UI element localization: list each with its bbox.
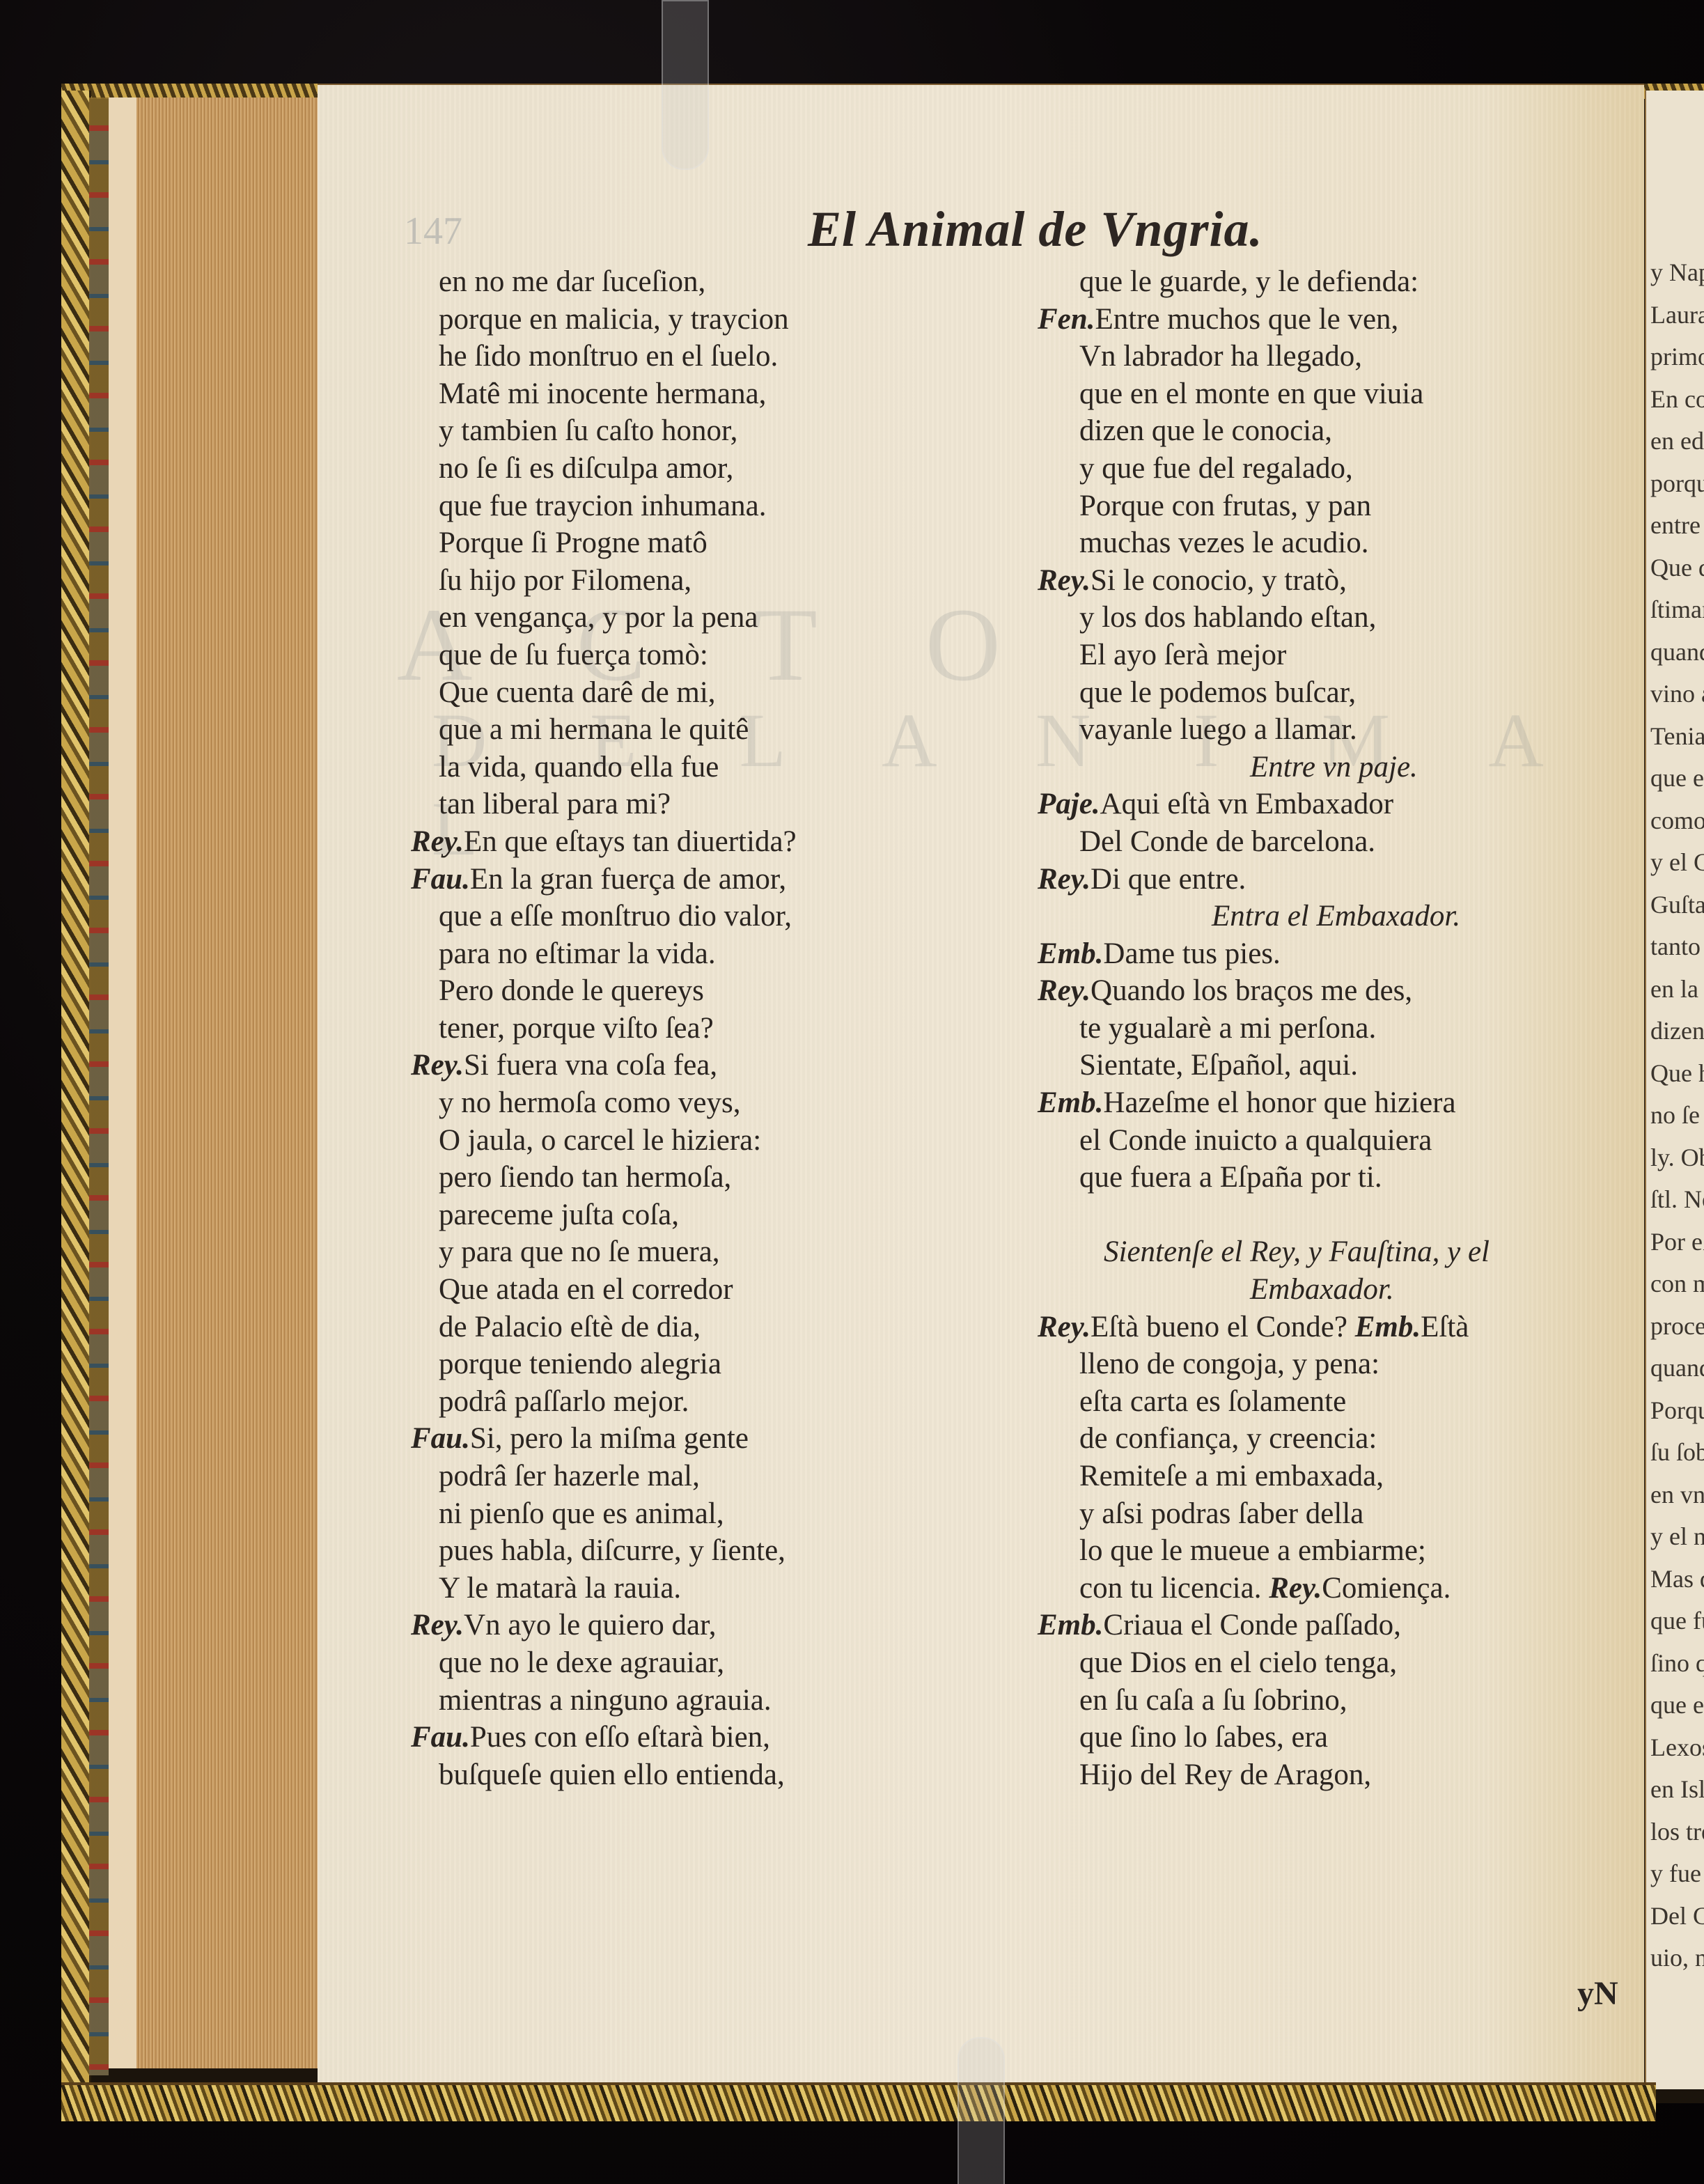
- verse-text: Vn ayo le quiero dar,: [464, 1609, 716, 1641]
- verse-line: que le guarde, y le defienda:: [1038, 263, 1629, 301]
- verse-text: Aqui eſtà vn Embaxador: [1100, 788, 1394, 820]
- verse-line: dizen que le conocia,: [1038, 412, 1629, 450]
- verse-text: pero ſiendo tan hermoſa,: [439, 1161, 731, 1194]
- verse-text: O jaula, o carcel le hiziera:: [439, 1124, 761, 1157]
- verse-text: Matê mi inocente hermana,: [439, 377, 766, 410]
- verse-text: lleno de congoja, y pena:: [1079, 1348, 1379, 1380]
- verse-line: para no eſtimar la vida.: [411, 935, 982, 973]
- verse-text: dizen que le conocia,: [1079, 414, 1332, 447]
- verse-text: Eſtà bueno el Conde?: [1091, 1311, 1347, 1343]
- speaker-label: Emb.: [1038, 1609, 1103, 1641]
- verse-line: Pero donde le quereys: [411, 972, 982, 1010]
- speaker-label: Fau.: [411, 1721, 470, 1754]
- verse-line: lleno de congoja, y pena:: [1038, 1345, 1629, 1383]
- speech-line: Rey.Di que entre.: [1038, 861, 1629, 898]
- verse-text: Porque con frutas, y pan: [1079, 490, 1371, 522]
- verse-line: mientras a ninguno agrauia.: [411, 1682, 982, 1719]
- speaker-label: Fen.: [1038, 303, 1095, 336]
- speaker-label: Emb.: [1038, 1086, 1103, 1119]
- verse-line: que le podemos buſcar,: [1038, 674, 1629, 712]
- verse-line: de confiança, y creencia:: [1038, 1420, 1629, 1458]
- verse-text: Dame tus pies.: [1103, 937, 1280, 970]
- verse-text: que a mi hermana le quitê: [439, 713, 749, 746]
- running-head: El Animal de Vngria.: [808, 201, 1263, 258]
- facing-page-line: uio, ni la: [1650, 1943, 1704, 1972]
- catchword: yN: [1577, 1974, 1618, 2013]
- verse-line: podrâ ſer hazerle mal,: [411, 1458, 982, 1495]
- facing-page-line: Guſtaua de: [1650, 890, 1704, 919]
- facing-page-line: con menos: [1650, 1269, 1704, 1298]
- verse-text: ſu hijo por Filomena,: [439, 564, 691, 597]
- verse-line: y los dos hablando eſtan,: [1038, 599, 1629, 637]
- verse-line: tener, porque viſto ſea?: [411, 1010, 982, 1047]
- verse-text: que le guarde, y le defienda:: [1079, 265, 1418, 298]
- verse-text: El ayo ſerà mejor: [1079, 639, 1286, 671]
- verse-line: Hijo del Rey de Aragon,: [1038, 1756, 1629, 1794]
- verse-line: que en el monte en que viuia: [1038, 375, 1629, 413]
- verse-text: que fue traycion inhumana.: [439, 490, 766, 522]
- verse-text: que Dios en el cielo tenga,: [1079, 1646, 1397, 1679]
- facing-page-line: no ſe ſentau: [1650, 1100, 1704, 1130]
- stage-direction: Entra el Embaxador.: [1038, 898, 1629, 935]
- verse-line: Vn labrador ha llegado,: [1038, 338, 1629, 375]
- verse-line: que Dios en el cielo tenga,: [1038, 1644, 1629, 1682]
- facing-page-line: y el niño a: [1650, 1522, 1704, 1551]
- facing-page-line: Lexos de: [1650, 1733, 1704, 1762]
- verse-text: pues habla, diſcurre, y ſiente,: [439, 1534, 785, 1567]
- verse-text: Vn labrador ha llegado,: [1079, 340, 1362, 373]
- speaker-label: Paje.: [1038, 788, 1100, 820]
- speaker-label: Rey.: [1038, 564, 1091, 597]
- verse-text: porque teniendo alegria: [439, 1348, 721, 1380]
- verse-line: Que atada en el corredor: [411, 1271, 982, 1309]
- verse-text: Si fuera vna coſa fea,: [464, 1049, 717, 1082]
- facing-page-line: ly. Obligaua: [1650, 1143, 1704, 1172]
- facing-page-line: tanto que fi: [1650, 932, 1704, 961]
- verse-text: podrâ paſſarlo mejor.: [439, 1385, 689, 1418]
- verse-text: que no le dexe agrauiar,: [439, 1646, 724, 1679]
- speech-line: Fau.Si, pero la miſma gente: [411, 1420, 982, 1458]
- facing-page-line: procediera: [1650, 1311, 1704, 1341]
- verse-text: para no eſtimar la vida.: [439, 937, 716, 970]
- facing-page-line: y fue tant: [1650, 1859, 1704, 1888]
- facing-page-line: Que de ſecre: [1650, 553, 1704, 582]
- speech-line: Rey.Vn ayo le quiero dar,: [411, 1607, 982, 1644]
- facing-page-line: Que haſta q: [1650, 1059, 1704, 1088]
- facing-page-line: que en vn: [1650, 1690, 1704, 1719]
- flyleaf-edge: [109, 97, 136, 2068]
- facing-page-line: en Isla, mo: [1650, 1774, 1704, 1804]
- verse-line: el Conde inuicto a qualquiera: [1038, 1122, 1629, 1160]
- verse-text: Porque ſi Progne matô: [439, 526, 708, 559]
- verse-line: que fuera a Eſpaña por ti.: [1038, 1159, 1629, 1196]
- speaker-label: Rey.: [1038, 1311, 1091, 1343]
- facing-page-line: los tres lo: [1650, 1817, 1704, 1846]
- verse-text: te ygualarè a mi perſona.: [1079, 1012, 1376, 1045]
- speaker-label: Emb.: [1347, 1311, 1421, 1343]
- stage-direction: Sientenſe el Rey, y Fauſtina, y el: [1038, 1233, 1629, 1271]
- facing-page-line: y Napoles,: [1650, 258, 1704, 287]
- verse-text: En la gran fuerça de amor,: [470, 863, 786, 896]
- verse-text: mientras a ninguno agrauia.: [439, 1684, 772, 1717]
- speaker-label: Rey.: [1038, 974, 1091, 1007]
- facing-page-line: quando el C: [1650, 637, 1704, 666]
- verse-text: y aſsi podras ſaber della: [1079, 1497, 1363, 1530]
- verse-line: porque teniendo alegria: [411, 1345, 982, 1383]
- facing-page-line: dizen, y es: [1650, 1016, 1704, 1045]
- verse-text: Pues con eſſo eſtarà bien,: [470, 1721, 770, 1754]
- verse-line: Matê mi inocente hermana,: [411, 375, 982, 413]
- speech-line: Rey.Si le conocio, y tratò,: [1038, 562, 1629, 600]
- verse-text: con tu licencia.: [1079, 1572, 1261, 1605]
- stage-direction: Entre vn paje.: [1038, 749, 1629, 786]
- verse-line: Y le matarà la rauia.: [411, 1570, 982, 1607]
- speech-line: Fau.En la gran fuerça de amor,: [411, 861, 982, 898]
- verse-line: pues habla, diſcurre, y ſiente,: [411, 1532, 982, 1570]
- verse-text: Hazeſme el honor que hiziera: [1103, 1086, 1455, 1119]
- left-text-column: en no me dar ſuceſion,porque en malicia,…: [411, 263, 982, 1793]
- verse-text: tan liberal para mi?: [439, 788, 671, 820]
- verse-line: que a eſſe monſtruo dio valor,: [411, 898, 982, 935]
- facing-page-line: primos en ſa: [1650, 342, 1704, 371]
- speaker-label: Rey.: [411, 825, 464, 858]
- facing-page-line: Porque po: [1650, 1396, 1704, 1425]
- verse-text: y para que no ſe muera,: [439, 1235, 720, 1268]
- verse-text: que le podemos buſcar,: [1079, 676, 1356, 709]
- verse-text: Si, pero la miſma gente: [470, 1422, 749, 1455]
- facing-page-line: ſtimando a: [1650, 595, 1704, 624]
- verse-text: podrâ ſer hazerle mal,: [439, 1460, 700, 1492]
- verse-line: Que cuenta darê de mi,: [411, 674, 982, 712]
- verse-line: la vida, quando ella fue: [411, 749, 982, 786]
- facing-page-line: en la meſa n: [1650, 974, 1704, 1004]
- verse-text: en ſu caſa a ſu ſobrino,: [1079, 1684, 1347, 1717]
- facing-page-line: Mas dizen: [1650, 1564, 1704, 1593]
- speech-line: Rey.En que eſtays tan diuertida?: [411, 823, 982, 861]
- verse-line: pero ſiendo tan hermoſa,: [411, 1159, 982, 1196]
- verse-line: pareceme juſta coſa,: [411, 1196, 982, 1234]
- verse-line: vayanle luego a llamar.: [1038, 711, 1629, 749]
- verse-line: y aſsi podras ſaber della: [1038, 1495, 1629, 1533]
- verse-text: tener, porque viſto ſea?: [439, 1012, 714, 1045]
- facing-page-line: Del Cond: [1650, 1901, 1704, 1930]
- verse-line: no ſe ſi es diſculpa amor,: [411, 450, 982, 487]
- verse-text: Hijo del Rey de Aragon,: [1079, 1758, 1371, 1791]
- verse-line: en vengança, y por la pena: [411, 599, 982, 637]
- verse-text: Que cuenta darê de mi,: [439, 676, 716, 709]
- page-edges-stack: [109, 97, 319, 2068]
- verse-line: podrâ paſſarlo mejor.: [411, 1383, 982, 1421]
- facing-page-line: entre los do: [1650, 510, 1704, 540]
- verse-text: que fuera a Eſpaña por ti.: [1079, 1161, 1382, 1194]
- verse-text: y que fue del regalado,: [1079, 452, 1353, 485]
- facing-page-line: en edad, a m: [1650, 426, 1704, 455]
- verse-line: que de ſu fuerça tomò:: [411, 637, 982, 674]
- verse-text: no ſe ſi es diſculpa amor,: [439, 452, 733, 485]
- verse-text: Del Conde de barcelona.: [1079, 825, 1375, 858]
- verse-text: buſqueſe quien ello entienda,: [439, 1758, 785, 1791]
- facing-page-line: en vn Mon: [1650, 1480, 1704, 1509]
- verse-text: Comiença.: [1322, 1572, 1451, 1605]
- verse-text: Criaua el Conde paſſado,: [1103, 1609, 1400, 1641]
- verse-line: Sientate, Eſpañol, aqui.: [1038, 1047, 1629, 1084]
- verse-line: de Palacio eſtè de dia,: [411, 1309, 982, 1346]
- bleedthrough-page-number: 147: [404, 209, 462, 253]
- speech-line: Emb.Criaua el Conde paſſado,: [1038, 1607, 1629, 1644]
- speech-line: Rey.Eſtà bueno el Conde? Emb.Eſtà: [1038, 1309, 1629, 1346]
- verse-line: eſta carta es ſolamente: [1038, 1383, 1629, 1421]
- verse-line: he ſido monſtruo en el ſuelo.: [411, 338, 982, 375]
- facing-page-fragment: y Napoles,Laura Monprimos en ſaEn condic…: [1645, 91, 1704, 2089]
- verse-text: Eſtà: [1421, 1311, 1469, 1343]
- verse-text: que en el monte en que viuia: [1079, 377, 1423, 410]
- verse-line: que a mi hermana le quitê: [411, 711, 982, 749]
- verse-text: en vengança, y por la pena: [439, 601, 758, 634]
- verse-line: que fue traycion inhumana.: [411, 487, 982, 525]
- verse-text: eſta carta es ſolamente: [1079, 1385, 1346, 1418]
- facing-page-line: que fueſſe: [1650, 1606, 1704, 1635]
- page-clip-bottom: [957, 2037, 1005, 2184]
- page-clip-top: [662, 0, 709, 170]
- verse-text: lo que le mueue a embiarme;: [1079, 1534, 1426, 1567]
- verse-line: y para que no ſe muera,: [411, 1233, 982, 1271]
- verse-text: muchas vezes le acudio.: [1079, 526, 1369, 559]
- verse-text: En que eſtays tan diuertida?: [464, 825, 797, 858]
- verse-line: en no me dar ſuceſion,: [411, 263, 982, 301]
- verse-line: buſqueſe quien ello entienda,: [411, 1756, 982, 1794]
- verse-line: y no hermoſa como veys,: [411, 1084, 982, 1122]
- right-text-column: que le guarde, y le defienda:Fen.Entre m…: [1038, 263, 1629, 1793]
- blank-line: [1038, 1196, 1629, 1234]
- facing-page-line: ſino que tr: [1650, 1648, 1704, 1678]
- verse-text: he ſido monſtruo en el ſuelo.: [439, 340, 778, 373]
- verse-line: Porque con frutas, y pan: [1038, 487, 1629, 525]
- stage-direction: Embaxador.: [1038, 1271, 1629, 1309]
- facing-page-line: Por eſſa pa: [1650, 1227, 1704, 1256]
- verse-line: Porque ſi Progne matô: [411, 524, 982, 562]
- verse-line: ni pienſo que es animal,: [411, 1495, 982, 1533]
- facing-page-line: ſu ſobrino,: [1650, 1437, 1704, 1467]
- verse-line: con tu licencia. Rey.Comiença.: [1038, 1570, 1629, 1607]
- facing-page-line: Laura Mon: [1650, 300, 1704, 329]
- verse-line: El ayo ſerà mejor: [1038, 637, 1629, 674]
- verse-text: Di que entre.: [1091, 863, 1246, 896]
- verse-text: y tambien ſu caſto honor,: [439, 414, 737, 447]
- facing-page-line: ſtl. No le ob: [1650, 1185, 1704, 1214]
- verse-text: Y le matarà la rauia.: [439, 1572, 681, 1605]
- facing-page-line: porque ella: [1650, 469, 1704, 498]
- verse-text: Si le conocio, y tratò,: [1091, 564, 1347, 597]
- marbled-endpaper-edge: [89, 97, 109, 2075]
- speech-line: Fen.Entre muchos que le ven,: [1038, 301, 1629, 338]
- gilt-border-left: [61, 91, 91, 2082]
- speech-line: Emb.Hazeſme el honor que hiziera: [1038, 1084, 1629, 1122]
- gilt-border-bottom: [61, 2082, 1656, 2121]
- verse-line: y que fue del regalado,: [1038, 450, 1629, 487]
- speech-line: Rey.Quando los braços me des,: [1038, 972, 1629, 1010]
- speech-line: Rey.Si fuera vna coſa fea,: [411, 1047, 982, 1084]
- verse-text: vayanle luego a llamar.: [1079, 713, 1357, 746]
- verse-line: tan liberal para mi?: [411, 786, 982, 823]
- speech-line: Emb.Dame tus pies.: [1038, 935, 1629, 973]
- verse-text: y los dos hablando eſtan,: [1079, 601, 1376, 634]
- verse-line: porque en malicia, y traycion: [411, 301, 982, 338]
- verse-text: Pero donde le quereys: [439, 974, 704, 1007]
- verse-text: pareceme juſta coſa,: [439, 1199, 679, 1231]
- speaker-label: Fau.: [411, 863, 470, 896]
- verse-line: en ſu caſa a ſu ſobrino,: [1038, 1682, 1629, 1719]
- speaker-label: Rey.: [1261, 1572, 1322, 1605]
- verse-text: Remiteſe a mi embaxada,: [1079, 1460, 1384, 1492]
- verse-line: muchas vezes le acudio.: [1038, 524, 1629, 562]
- verse-line: que no le dexe agrauiar,: [411, 1644, 982, 1682]
- verse-text: Sientate, Eſpañol, aqui.: [1079, 1049, 1358, 1082]
- verse-line: O jaula, o carcel le hiziera:: [411, 1122, 982, 1160]
- speaker-label: Rey.: [411, 1049, 464, 1082]
- verse-text: de confiança, y creencia:: [1079, 1422, 1377, 1455]
- facing-page-line: quando con: [1650, 1353, 1704, 1382]
- verse-line: ſu hijo por Filomena,: [411, 562, 982, 600]
- speech-line: Fau.Pues con eſſo eſtarà bien,: [411, 1719, 982, 1756]
- speech-line: Paje.Aqui eſtà vn Embaxador: [1038, 786, 1629, 823]
- speaker-label: Rey.: [1038, 863, 1091, 896]
- verse-text: en no me dar ſuceſion,: [439, 265, 705, 298]
- verse-text: Que atada en el corredor: [439, 1273, 733, 1306]
- verse-text: que de ſu fuerça tomò:: [439, 639, 708, 671]
- verse-text: el Conde inuicto a qualquiera: [1079, 1124, 1432, 1157]
- verse-line: te ygualarè a mi perſona.: [1038, 1010, 1629, 1047]
- verse-text: Entre muchos que le ven,: [1095, 303, 1398, 336]
- verse-text: la vida, quando ella fue: [439, 751, 719, 783]
- verse-text: de Palacio eſtè de dia,: [439, 1311, 701, 1343]
- verse-line: Remiteſe a mi embaxada,: [1038, 1458, 1629, 1495]
- verse-text: y no hermoſa como veys,: [439, 1086, 741, 1119]
- verse-text: porque en malicia, y traycion: [439, 303, 789, 336]
- speaker-label: Rey.: [411, 1609, 464, 1641]
- speaker-label: Emb.: [1038, 937, 1103, 970]
- verse-text: ni pienſo que es animal,: [439, 1497, 724, 1530]
- verse-text: que a eſſe monſtruo dio valor,: [439, 900, 792, 933]
- verse-text: Quando los braços me des,: [1091, 974, 1412, 1007]
- verse-line: lo que le mueue a embiarme;: [1038, 1532, 1629, 1570]
- verse-text: que ſino lo ſabes, era: [1079, 1721, 1328, 1754]
- facing-page-line: En condicio: [1650, 384, 1704, 414]
- verse-line: Del Conde de barcelona.: [1038, 823, 1629, 861]
- speaker-label: Fau.: [411, 1422, 470, 1455]
- verse-line: y tambien ſu caſto honor,: [411, 412, 982, 450]
- verse-line: que ſino lo ſabes, era: [1038, 1719, 1629, 1756]
